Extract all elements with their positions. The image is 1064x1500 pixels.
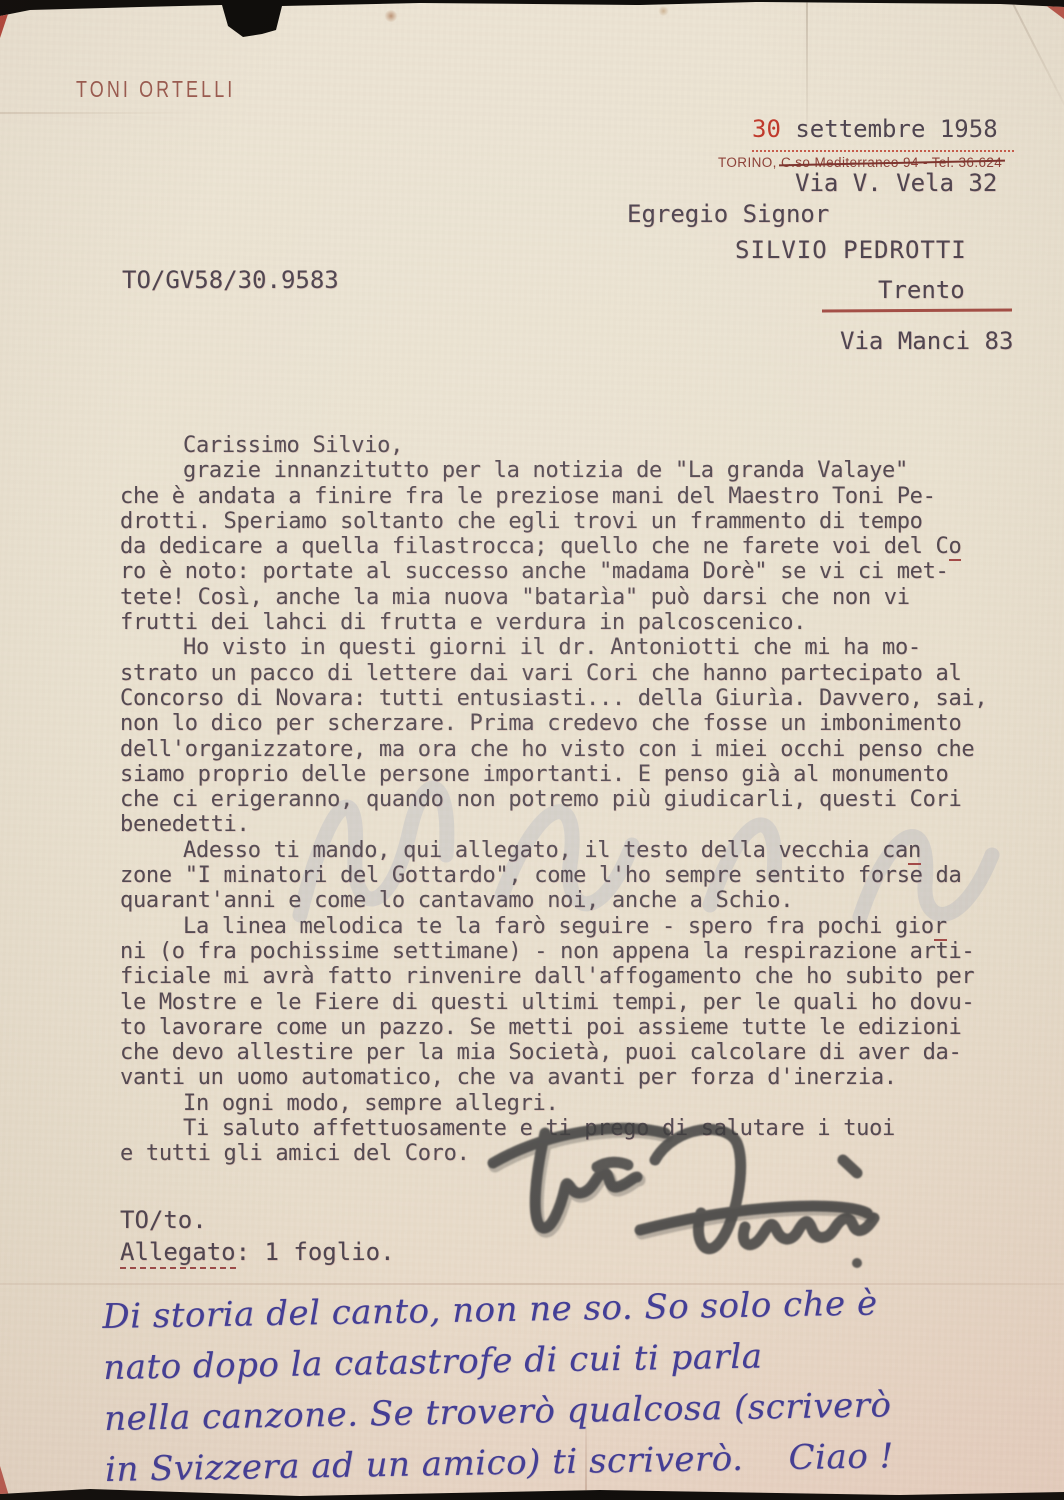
letter-body-line: frutti dei lahci di frutta e verdura in … [120, 610, 1035, 635]
letter-body-line: e tutti gli amici del Coro. [120, 1141, 1035, 1166]
letter-body-line: ni (o fra pochissime settimane) - non ap… [120, 939, 1035, 964]
torn-corner-backing-top-right [1044, 4, 1064, 19]
letter-body-line: Ti saluto affettuosamente e ti prego di … [120, 1116, 1035, 1141]
letter-body-line: In ogni modo, sempre allegri. [120, 1091, 1035, 1116]
paper-stain [384, 10, 398, 22]
letter-body-line: Concorso di Novara: tutti entusiasti... … [120, 686, 1035, 711]
letter-body-line: zone "I minatori del Gottardo", come l'h… [120, 863, 1035, 888]
letter-body-line: quarant'anni e come lo cantavamo noi, an… [120, 888, 1035, 913]
letter-body-line: che devo allestire per la mia Società, p… [120, 1040, 1035, 1065]
letter-body-line: Ho visto in questi giorni il dr. Antonio… [120, 635, 1035, 660]
letter-body-line: to lavorare come un pazzo. Se metti poi … [120, 1015, 1035, 1040]
letter-body-line: strato un pacco di lettere dai vari Cori… [120, 661, 1035, 686]
date-day: 30 [752, 115, 781, 143]
letter-paper: TONI ORTELLI 30 settembre 1958 TORINO, C… [0, 0, 1064, 1500]
recipient-city: Trento [878, 276, 965, 304]
letter-body-line: le Mostre e le Fiere di questi ultimi te… [120, 990, 1035, 1015]
letter-body-line: vanti un uomo automatico, che va avanti … [120, 1065, 1035, 1090]
date-underline [752, 150, 1014, 152]
letter-body-line: Adesso ti mando, qui allegato, il testo … [120, 838, 1035, 863]
recipient-name: SILVIO PEDROTTI [735, 236, 967, 264]
letter-body-line: tete! Così, anche la mia nuova "batarìa"… [120, 585, 1035, 610]
scanned-letter-page: TONI ORTELLI 30 settembre 1958 TORINO, C… [0, 0, 1064, 1500]
recipient-city-underline [822, 309, 1012, 313]
letter-body-line: grazie innanzitutto per la notizia de "L… [120, 458, 1035, 483]
attachment-rest: : 1 foglio. [236, 1238, 395, 1266]
letterhead-city: TORINO, [718, 155, 781, 170]
letter-body-line: siamo proprio delle persone importanti. … [120, 762, 1035, 787]
torn-corner-backing-top-left [0, 2, 12, 38]
letter-body-line: da dedicare a quella filastrocca; quello… [120, 534, 1035, 559]
letter-body-line: dell'organizzatore, ma ora che ho visto … [120, 737, 1035, 762]
paper-stain [658, 6, 669, 16]
recipient-salutation: Egregio Signor [627, 200, 829, 228]
date-line: 30 settembre 1958 [752, 115, 998, 143]
attachment-label: Allegato [120, 1238, 236, 1269]
sender-street: Via V. Vela 32 [795, 169, 997, 197]
letter-body-line: ro è noto: portate al successo anche "ma… [120, 559, 1035, 584]
letter-body-line: che è andata a finire fra le preziose ma… [120, 484, 1035, 509]
attachment-note: Allegato: 1 foglio. [120, 1238, 395, 1266]
date-rest: settembre 1958 [781, 115, 998, 143]
letterhead-sender-name: TONI ORTELLI [76, 76, 235, 103]
torn-corner-backing-bottom-left [0, 1466, 9, 1496]
fold-crease [0, 112, 200, 114]
handwritten-postscript: Di storia del canto, non ne so. So solo … [102, 1276, 1035, 1496]
letterhead-struck-address: C.so Mediterraneo 94 - Tel. 36.624 [781, 155, 1002, 170]
letter-body-line: ficiale mi avrà fatto rinvenire dall'aff… [120, 964, 1035, 989]
typist-initials: TO/to. [120, 1206, 207, 1234]
letter-body: Carissimo Silvio,grazie innanzitutto per… [120, 433, 1035, 1167]
letter-body-line: che ci erigeranno, quando non potremo pi… [120, 787, 1035, 812]
letter-body-line: Carissimo Silvio, [120, 433, 1035, 458]
letterhead-address-line: TORINO, C.so Mediterraneo 94 - Tel. 36.6… [718, 155, 1002, 170]
fold-crease [1006, 0, 1064, 126]
letter-body-line: drotti. Speriamo soltanto che egli trovi… [120, 509, 1035, 534]
recipient-street: Via Manci 83 [840, 327, 1013, 355]
letter-body-line: non lo dico per scherzare. Prima credevo… [120, 711, 1035, 736]
reference-number: TO/GV58/30.9583 [122, 266, 339, 294]
letter-body-line: benedetti. [120, 812, 1035, 837]
letter-body-line: La linea melodica te la farò seguire - s… [120, 914, 1035, 939]
